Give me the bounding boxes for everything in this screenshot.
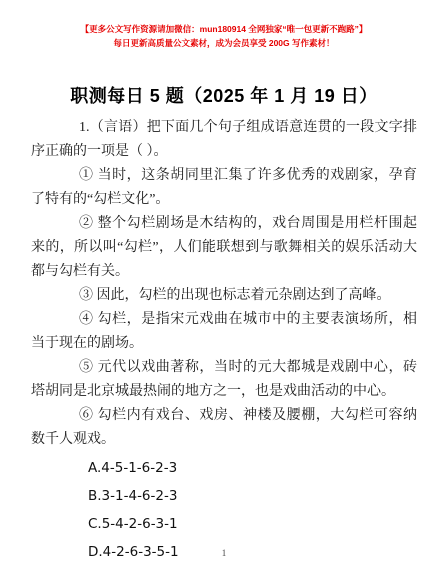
question-block: 1.（言语）把下面几个句子组成语意连贯的一段文字排序正确的一项是（ ）。 ① 当…: [31, 116, 417, 566]
sentence-3: ③ 因此，勾栏的出现也标志着元杂剧达到了高峰。: [31, 284, 417, 308]
sentence-6: ⑥ 勾栏内有戏台、戏房、神楼及腰棚，大勾栏可容纳数千人观戏。: [31, 404, 417, 452]
option-a: A.4-5-1-6-2-3: [88, 454, 417, 482]
sentence-4: ④ 勾栏，是指宋元戏曲在城市中的主要表演场所，相当于现在的剧场。: [31, 308, 417, 356]
page-number: 1: [0, 548, 448, 558]
promo-header: 【更多公文写作资源请加微信：mun180914 全网独家“唯一包更新不跑路”】 …: [0, 0, 448, 50]
question-stem: 1.（言语）把下面几个句子组成语意连贯的一段文字排序正确的一项是（ ）。: [31, 116, 417, 164]
sentence-2: ② 整个勾栏剧场是木结构的，戏台周围是用栏杆围起来的，所以叫“勾栏”，人们能联想…: [31, 212, 417, 284]
promo-line-2: 每日更新高质量公文素材，成为会员享受 200G 写作素材！: [0, 36, 448, 50]
document-page: 【更多公文写作资源请加微信：mun180914 全网独家“唯一包更新不跑路”】 …: [0, 0, 448, 580]
option-b: B.3-1-4-6-2-3: [88, 482, 417, 510]
sentence-5: ⑤ 元代以戏曲著称，当时的元大都城是戏剧中心，砖塔胡同是北京城最热闹的地方之一，…: [31, 356, 417, 404]
promo-line-1: 【更多公文写作资源请加微信：mun180914 全网独家“唯一包更新不跑路”】: [0, 22, 448, 36]
sentence-1: ① 当时，这条胡同里汇集了许多优秀的戏剧家，孕育了特有的“勾栏文化”。: [31, 164, 417, 212]
option-c: C.5-4-2-6-3-1: [88, 510, 417, 538]
page-title: 职测每日 5 题（2025 年 1 月 19 日）: [0, 82, 448, 108]
